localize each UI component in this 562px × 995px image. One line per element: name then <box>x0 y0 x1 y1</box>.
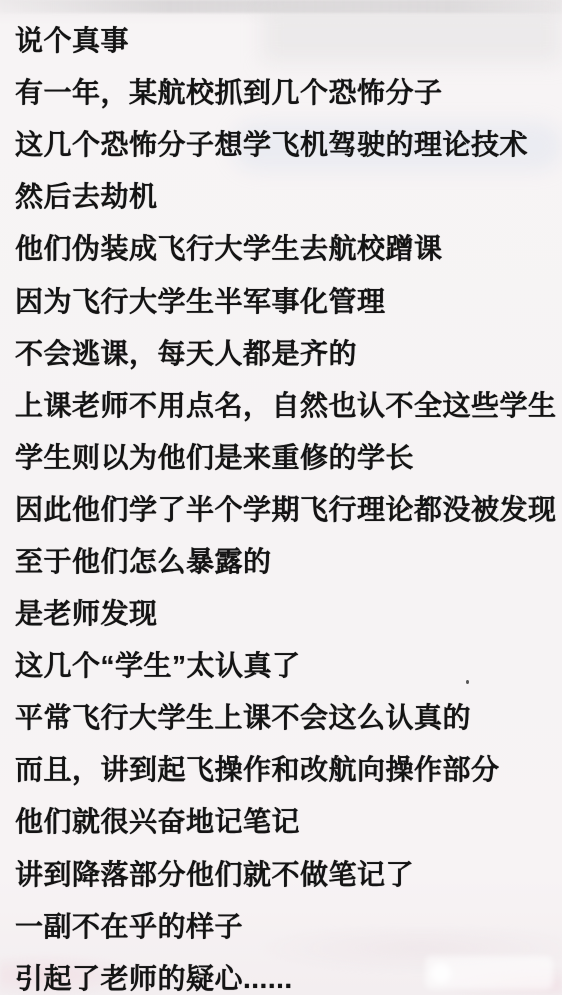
story-line-17: 讲到降落部分他们就不做笔记了 <box>0 847 562 899</box>
story-line-1: 说个真事 <box>0 13 562 65</box>
story-line-5: 他们伪装成飞行大学生去航校蹭课 <box>0 221 562 273</box>
dust-speck <box>466 680 469 684</box>
story-line-12: 是老师发现 <box>0 586 562 638</box>
story-line-10: 因此他们学了半个学期飞行理论都没被发现 <box>0 482 562 534</box>
watermark <box>425 956 553 989</box>
story-screenshot: 说个真事 有一年，某航校抓到几个恐怖分子 这几个恐怖分子想学飞机驾驶的理论技术 … <box>0 0 562 995</box>
story-line-2: 有一年，某航校抓到几个恐怖分子 <box>0 65 562 117</box>
story-line-6: 因为飞行大学生半军事化管理 <box>0 273 562 325</box>
story-line-11: 至于他们怎么暴露的 <box>0 534 562 586</box>
story-text: 说个真事 有一年，某航校抓到几个恐怖分子 这几个恐怖分子想学飞机驾驶的理论技术 … <box>0 13 562 995</box>
story-line-7: 不会逃课，每天人都是齐的 <box>0 326 562 378</box>
story-line-13: 这几个“学生”太认真了 <box>0 638 562 690</box>
story-line-8: 上课老师不用点名，自然也认不全这些学生 <box>0 378 562 430</box>
story-line-18: 一副不在乎的样子 <box>0 899 562 951</box>
story-line-16: 他们就很兴奋地记笔记 <box>0 794 562 846</box>
story-line-3: 这几个恐怖分子想学飞机驾驶的理论技术 <box>0 117 562 169</box>
story-line-9: 学生则以为他们是来重修的学长 <box>0 430 562 482</box>
story-line-4: 然后去劫机 <box>0 169 562 221</box>
story-line-14: 平常飞行大学生上课不会这么认真的 <box>0 690 562 742</box>
story-line-15: 而且，讲到起飞操作和改航向操作部分 <box>0 742 562 794</box>
